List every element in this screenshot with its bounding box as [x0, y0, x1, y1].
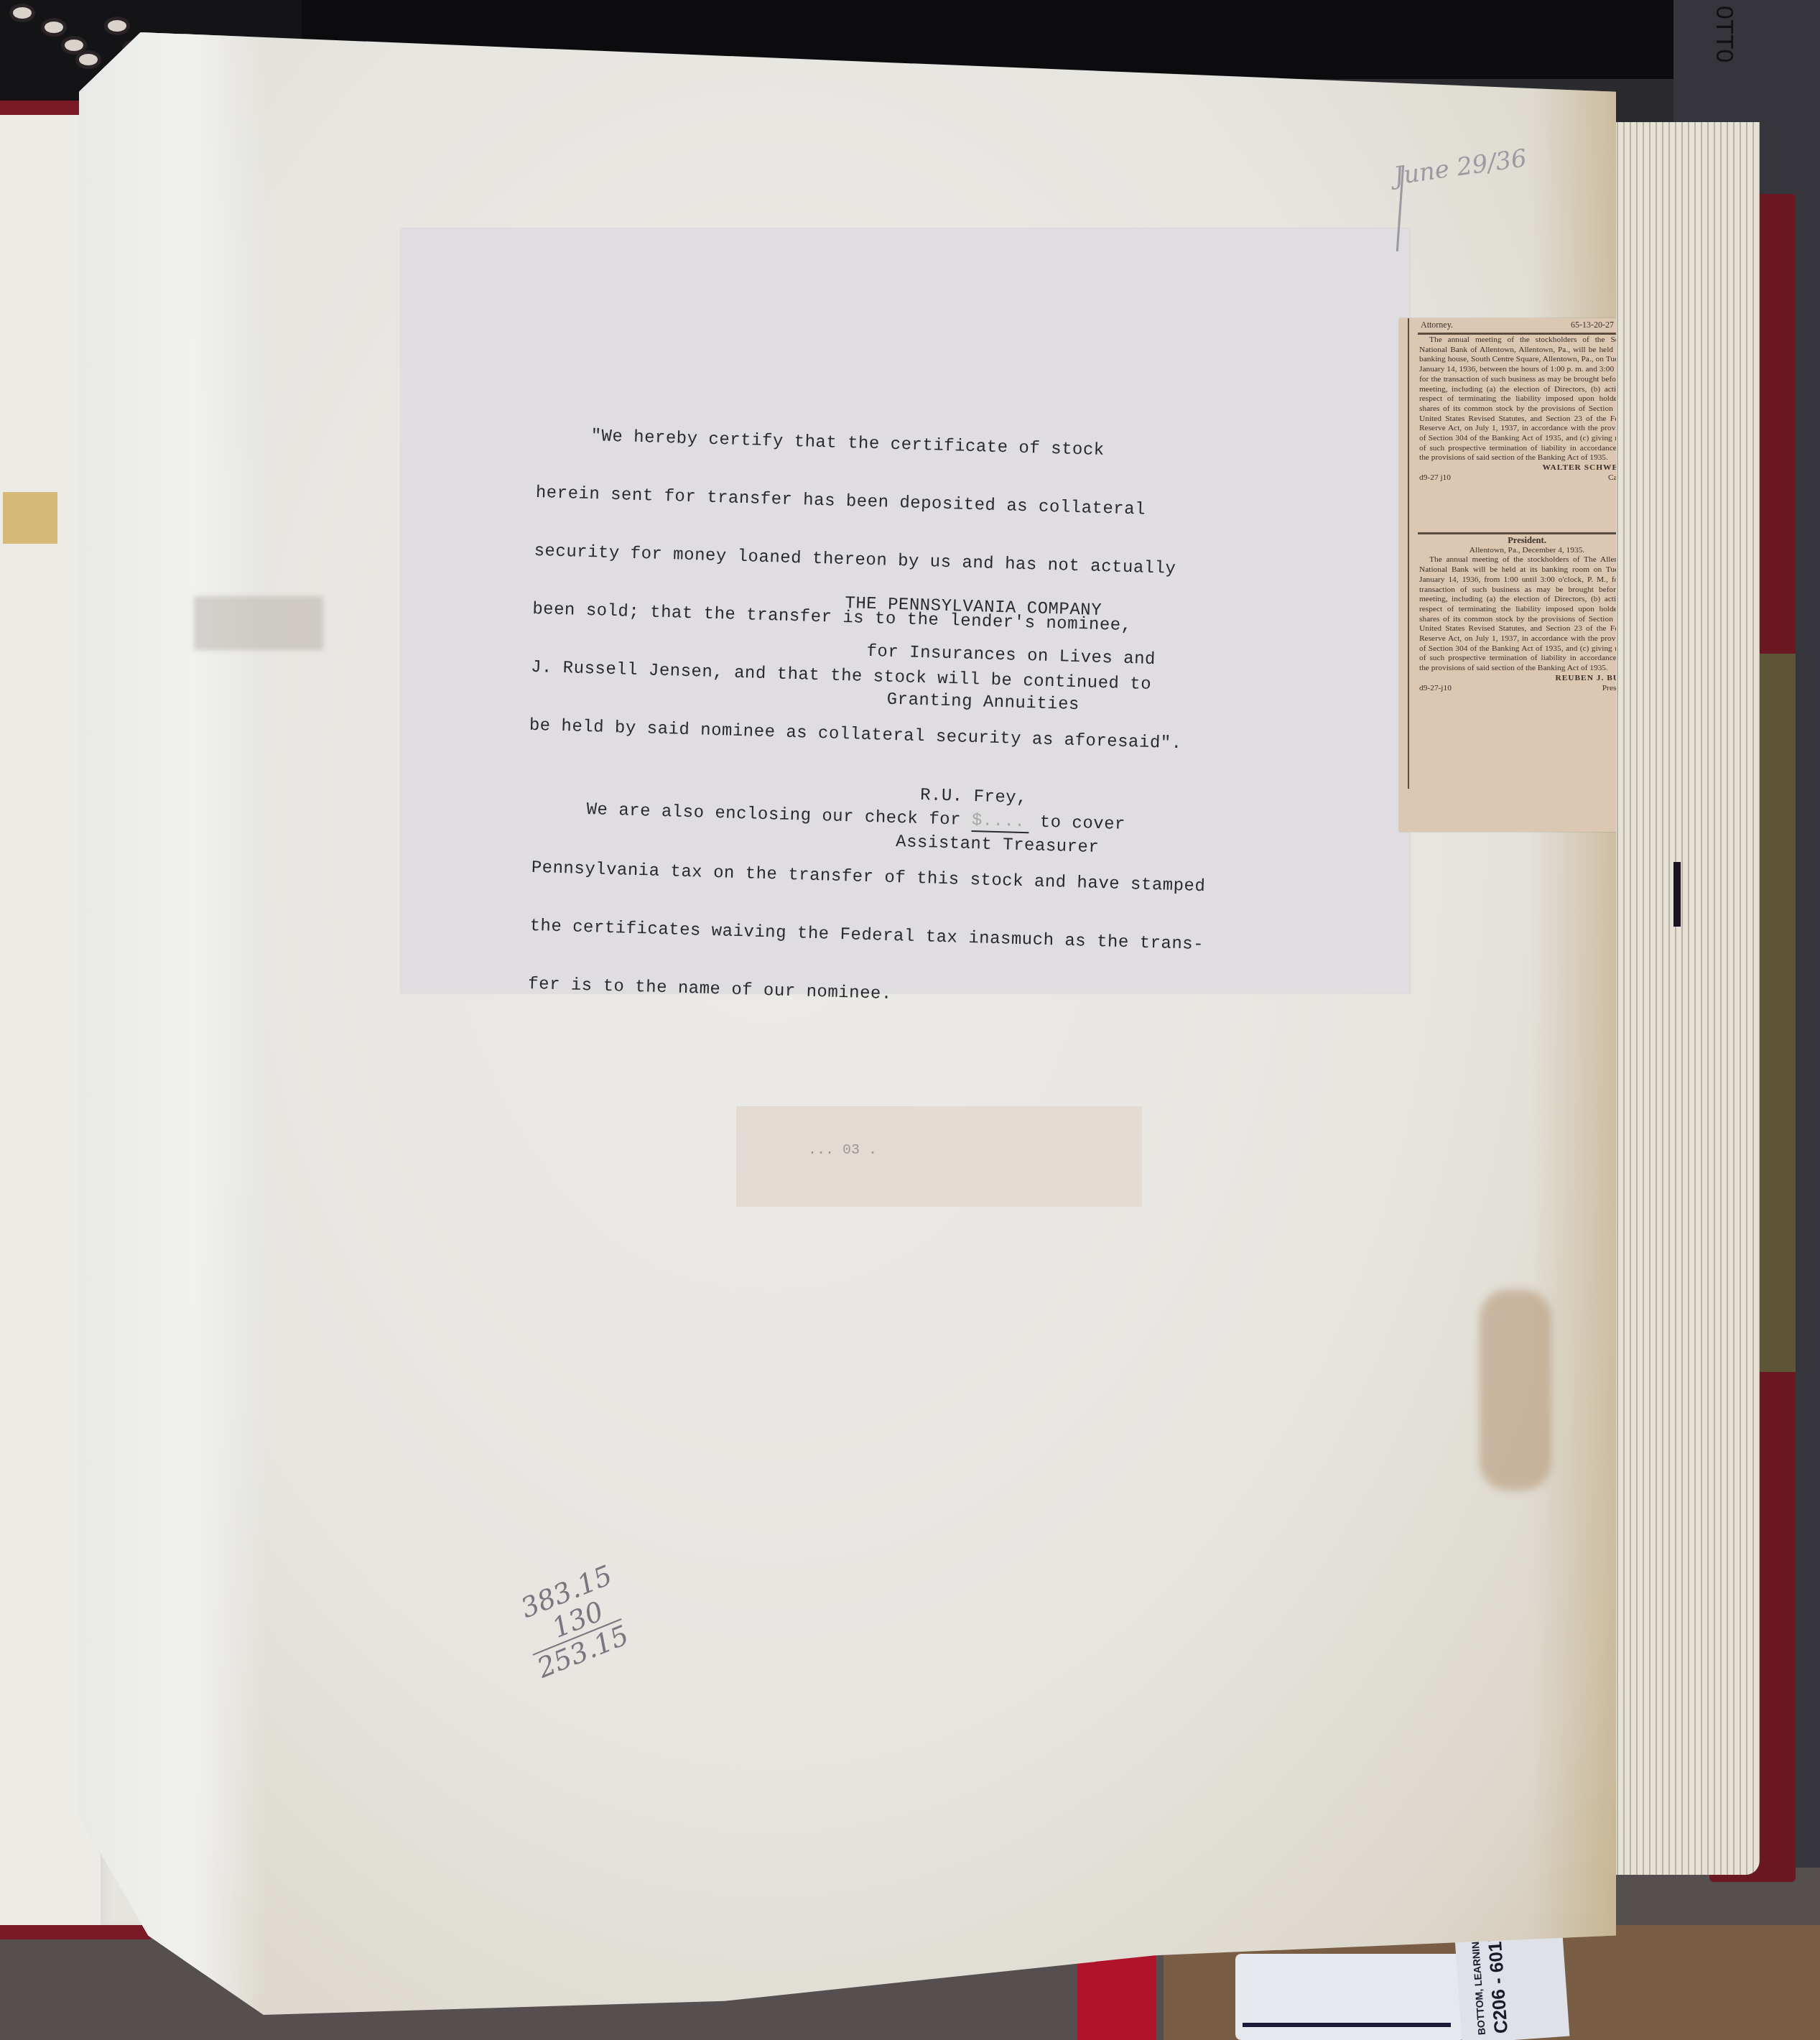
- enclosure-line: fer is to the name of our nominee.: [528, 975, 1202, 1013]
- tape-residue: [3, 492, 57, 544]
- notice-body: The annual meeting of the stockholders o…: [1419, 555, 1635, 673]
- shipping-label-bar: [1243, 2023, 1451, 2027]
- handwritten-calculation: 383.15 130 253.15: [510, 1559, 640, 1683]
- enclosure-line: Pennsylvania tax on the transfer of this…: [531, 858, 1205, 896]
- enclosure-line: the certificates waiving the Federal tax…: [529, 917, 1204, 955]
- notice-divider: [1418, 532, 1637, 534]
- notice-code: d9-27-j10: [1419, 684, 1452, 694]
- company-line-2: for Insurances on Lives and: [843, 644, 1156, 668]
- spool-icon: [65, 40, 83, 51]
- scrapbook-page: "We hereby certify that the certificate …: [79, 32, 1616, 2015]
- page-tab-marker: [1673, 862, 1681, 927]
- faded-sticker: ... 03 .: [736, 1106, 1142, 1207]
- edge-label: 0TT0: [1710, 6, 1738, 62]
- faded-sticker-text: ... 03 .: [808, 1142, 877, 1159]
- notice-title: President.: [1419, 536, 1635, 546]
- notice-code: d9-27 j10: [1419, 473, 1451, 483]
- notice-second-national-bank: The annual meeting of the stockholders o…: [1419, 335, 1635, 483]
- cert-line: herein sent for transfer has been deposi…: [535, 483, 1188, 521]
- spool-icon: [79, 54, 98, 65]
- handwritten-date: June 29/36: [1392, 144, 1528, 191]
- brown-stain: [1480, 1289, 1551, 1490]
- notice-body: The annual meeting of the stockholders o…: [1419, 335, 1635, 463]
- page-gutter: [79, 32, 266, 2015]
- notice-footer: d9-27 j10 WALTER SCHWENK, Cashier.: [1419, 463, 1635, 483]
- company-line-3: Granting Annuities: [842, 691, 1154, 715]
- spool-icon: [108, 20, 126, 32]
- shipping-label: [1235, 1954, 1465, 2040]
- spool-icon: [13, 7, 32, 19]
- spool-icon: [45, 22, 63, 33]
- enclosure-paragraph: We are also enclosing our check for $...…: [526, 760, 1208, 1052]
- adhesive-stain: [194, 596, 323, 650]
- company-name: THE PENNSYLVANIA COMPANY: [845, 596, 1157, 621]
- cert-line: "We hereby certify that the certificate …: [537, 425, 1190, 463]
- clipping-header: Attorney. 65-13-20-27 53-10: [1421, 320, 1636, 330]
- check-amount-blank: $....: [971, 811, 1029, 833]
- notice-dateline: Allentown, Pa., December 4, 1935.: [1419, 546, 1635, 556]
- column-rule: [1408, 318, 1409, 789]
- typed-letter: "We hereby certify that the certificate …: [401, 228, 1410, 993]
- notice-allentown-national-bank: President. Allentown, Pa., December 4, 1…: [1419, 536, 1635, 693]
- clipping-header-left: Attorney.: [1421, 320, 1453, 330]
- bin-label-code: C206 - 6017: [1483, 1930, 1513, 2034]
- notice-footer: d9-27-j10 REUBEN J. BUTZ, President.: [1419, 674, 1635, 693]
- enclosure-line-1: We are also enclosing our check for $...…: [533, 799, 1207, 838]
- header-rule: [1418, 333, 1637, 335]
